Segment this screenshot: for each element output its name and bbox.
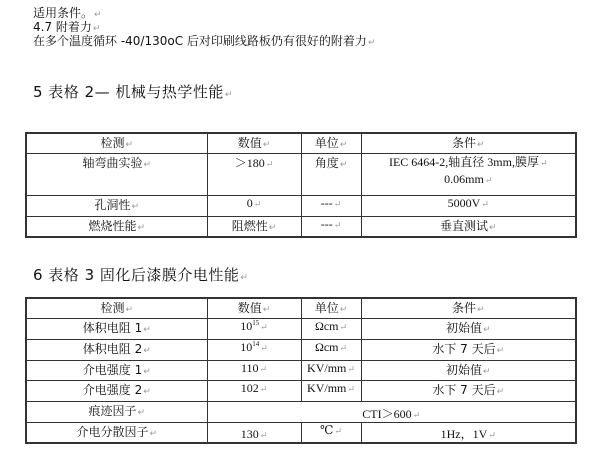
table-row: 痕迹因子↵ CTI＞600↵: [26, 401, 576, 422]
cell-test: 介电分散因子↵: [26, 422, 207, 443]
cell-test: 孔洞性↵: [26, 195, 207, 216]
cell-value: 0↵: [207, 195, 301, 216]
cell-unit: Ωcm↵: [301, 339, 361, 360]
cell-unit: KV/mm↵: [301, 380, 361, 401]
cell-test: 介电强度 1↵: [26, 360, 207, 380]
table-row: 介电分散因子↵ 130↵ ℃↵ 1Hz，1V↵: [26, 422, 576, 443]
cell-test: 介电强度 2↵: [26, 380, 207, 401]
table-row: 介电强度 1↵ 110↵ KV/mm↵ 初始值↵: [26, 360, 576, 380]
cell-condition: 5000V↵: [361, 195, 576, 216]
header-condition: 条件↵: [361, 133, 576, 153]
text-adhesion-description: 在多个温度循环 -40/130oC 后对印刷线路板仍有很好的附着力↵: [33, 34, 375, 50]
table3-title: 6 表格 3 固化后漆膜介电性能↵: [33, 266, 248, 287]
table-dielectric-properties: 检测↵ 数值↵ 单位↵ 条件↵ 体积电阻 1↵ 1015↵ Ωcm↵ 初始值↵ …: [25, 297, 577, 444]
cell-test: 燃烧性能↵: [26, 216, 207, 237]
table-header-row: 检测↵ 数值↵ 单位↵ 条件↵: [26, 133, 576, 153]
cell-condition: 初始值↵: [361, 360, 576, 380]
header-test: 检测↵: [26, 133, 207, 153]
table-row: 体积电阻 2↵ 1014↵ Ωcm↵ 水下 7 天后↵: [26, 339, 576, 360]
cell-test: 体积电阻 2↵: [26, 339, 207, 360]
header-value: 数值↵: [207, 133, 301, 153]
cell-value: 130↵: [207, 422, 301, 443]
cell-value: 110↵: [207, 360, 301, 380]
cell-value: 1014↵: [207, 339, 301, 360]
cell-test: 体积电阻 1↵: [26, 318, 207, 339]
cell-merged-cti: CTI＞600↵: [207, 401, 576, 422]
cell-unit: ---↵: [301, 216, 361, 237]
table-row: 轴弯曲实验↵ ＞180↵ 角度↵ IEC 6464-2,轴直径 3mm,膜厚↵0…: [26, 153, 576, 195]
cell-condition: 1Hz，1V↵: [361, 422, 576, 443]
table-header-row: 检测↵ 数值↵ 单位↵ 条件↵: [26, 298, 576, 318]
table-row: 燃烧性能↵ 阻燃性↵ ---↵ 垂直测试↵: [26, 216, 576, 237]
cell-unit: ---↵: [301, 195, 361, 216]
cell-unit: KV/mm↵: [301, 360, 361, 380]
header-test: 检测↵: [26, 298, 207, 318]
cell-unit: 角度↵: [301, 153, 361, 195]
cell-value: 1015↵: [207, 318, 301, 339]
header-unit: 单位↵: [301, 133, 361, 153]
cell-unit: ℃↵: [301, 422, 361, 443]
cell-condition: 垂直测试↵: [361, 216, 576, 237]
cell-condition: 水下 7 天后↵: [361, 339, 576, 360]
cell-condition: IEC 6464-2,轴直径 3mm,膜厚↵0.06mm↵: [361, 153, 576, 195]
cell-value: 102↵: [207, 380, 301, 401]
table2-title: 5 表格 2— 机械与热学性能↵: [33, 83, 233, 104]
table-row: 孔洞性↵ 0↵ ---↵ 5000V↵: [26, 195, 576, 216]
cell-value: ＞180↵: [207, 153, 301, 195]
cell-test: 痕迹因子↵: [26, 401, 207, 422]
cell-unit: Ωcm↵: [301, 318, 361, 339]
cell-test: 轴弯曲实验↵: [26, 153, 207, 195]
table-mechanical-thermal: 检测↵ 数值↵ 单位↵ 条件↵ 轴弯曲实验↵ ＞180↵ 角度↵ IEC 646…: [25, 132, 577, 238]
cell-condition: 水下 7 天后↵: [361, 380, 576, 401]
cell-condition: 初始值↵: [361, 318, 576, 339]
header-value: 数值↵: [207, 298, 301, 318]
table-row: 体积电阻 1↵ 1015↵ Ωcm↵ 初始值↵: [26, 318, 576, 339]
header-unit: 单位↵: [301, 298, 361, 318]
table-row: 介电强度 2↵ 102↵ KV/mm↵ 水下 7 天后↵: [26, 380, 576, 401]
cell-value: 阻燃性↵: [207, 216, 301, 237]
header-condition: 条件↵: [361, 298, 576, 318]
